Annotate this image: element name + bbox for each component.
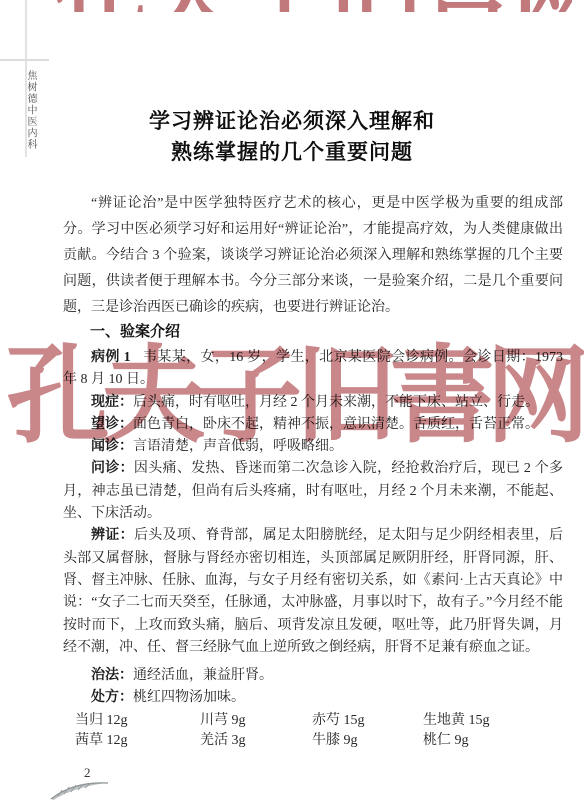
- paragraph-label: 处方：: [91, 690, 133, 705]
- paragraph-label: 现症：: [91, 395, 133, 410]
- paragraph-wangzhen: 望诊：面色青白，卧床不起，精神不振，意识清楚。舌质红，舌苔正常。: [63, 414, 563, 436]
- paragraph-chufang: 处方：桃红四物汤加味。: [63, 687, 563, 709]
- paragraph-text: 通经活血，兼益肝肾。: [133, 668, 273, 683]
- paragraph-wenzhen-ask: 问诊：因头痛、发热、昏迷而第二次急诊入院，经抢救治疗后，现已 2 个多月，神志虽…: [63, 458, 563, 525]
- case-text: 韦某某，女，16 岁，学生，北京某医院会诊病例。会诊日期：1973 年 8 月 …: [63, 350, 563, 387]
- paragraph-label: 辨证：: [91, 528, 134, 543]
- page-title: 学习辨证论治必须深入理解和 熟练掌握的几个重要问题: [42, 106, 542, 168]
- paragraph-wenzhen-sound: 闻诊：言语清楚，声音低弱，呼吸略细。: [63, 436, 563, 458]
- paragraph-text: 后头及项、脊背部，属足太阳膀胱经，足太阳与足少阴经相表里，后头部又属督脉，督脉与…: [63, 528, 563, 654]
- intro-paragraph: “辨证论治”是中医学独特医疗艺术的核心，更是中医学极为重要的组成部分。学习中医必…: [63, 191, 563, 321]
- watermark-text: 孔夫子旧書网: [52, 0, 572, 12]
- paragraph-label: 问诊：: [91, 461, 134, 476]
- herb-cell: 茜草 12g: [75, 731, 200, 752]
- herb-cell: 生地黄 15g: [423, 711, 563, 732]
- paragraph-text: 面色青白，卧床不起，精神不振，意识清楚。舌质红，舌苔正常。: [133, 417, 539, 432]
- paragraph-label: 闻诊：: [91, 439, 133, 454]
- paragraph-text: 桃红四物汤加味。: [133, 690, 245, 705]
- paragraph-zhifa: 治法：通经活血，兼益肝肾。: [63, 665, 563, 687]
- watermark-top-fragment: 孔夫子旧書网: [52, 0, 572, 12]
- herb-cell: 当归 12g: [75, 711, 200, 732]
- section-heading: 一、验案介绍: [63, 323, 563, 341]
- case-paragraph: 病例 1韦某某，女，16 岁，学生，北京某医院会诊病例。会诊日期：1973 年 …: [63, 347, 563, 392]
- paragraph-text: 后头痛，时有呕吐，月经 2 个月未来潮，不能下床、站立、行走。: [133, 395, 539, 410]
- herb-cell: 羌活 3g: [200, 731, 312, 752]
- paragraph-label: 望诊：: [91, 417, 133, 432]
- paragraph-text: 因头痛、发热、昏迷而第二次急诊入院，经抢救治疗后，现已 2 个多月，神志虽已清楚…: [63, 461, 563, 521]
- feather-icon: [48, 776, 112, 800]
- herb-cell: 赤芍 15g: [312, 711, 423, 732]
- margin-rule-horizontal: [0, 59, 49, 61]
- paragraph-xianzheng: 现症：后头痛，时有呕吐，月经 2 个月未来潮，不能下床、站立、行走。: [63, 392, 563, 414]
- book-page: { "book": { "sidebar_title": "焦树德中医内科" }…: [0, 0, 584, 800]
- paragraph-text: 言语清楚，声音低弱，呼吸略细。: [133, 439, 343, 454]
- herb-cell: 桃仁 9g: [423, 731, 563, 752]
- page-title-line1: 学习辨证论治必须深入理解和: [149, 110, 435, 133]
- page-number: 2: [84, 765, 91, 781]
- herb-cell: 川芎 9g: [200, 711, 312, 732]
- page-title-line2: 熟练掌握的几个重要问题: [171, 141, 413, 164]
- case-label: 病例 1: [91, 350, 131, 365]
- paragraph-bianzheng: 辨证：后头及项、脊背部，属足太阳膀胱经，足太阳与足少阴经相表里，后头部又属督脉，…: [63, 525, 563, 659]
- sidebar-book-title: 焦树德中医内科: [23, 70, 38, 151]
- herb-cell: 牛膝 9g: [312, 731, 423, 752]
- article: 学习辨证论治必须深入理解和 熟练掌握的几个重要问题 “辨证论治”是中医学独特医疗…: [63, 106, 563, 752]
- paragraph-label: 治法：: [91, 668, 133, 683]
- herb-table: 当归 12g 川芎 9g 赤芍 15g 生地黄 15g 茜草 12g 羌活 3g…: [63, 711, 563, 752]
